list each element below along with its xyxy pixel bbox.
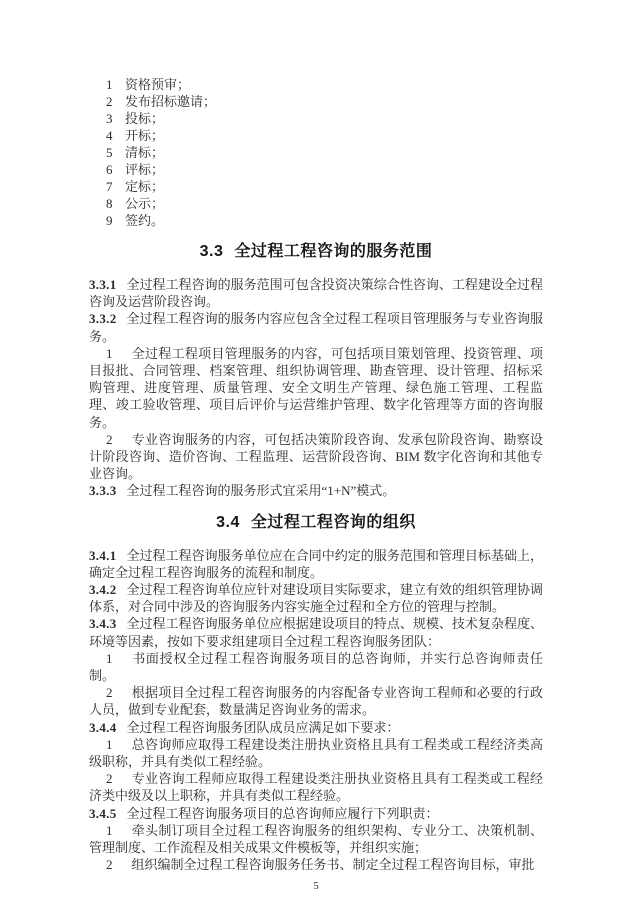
list-item-number: 2 — [106, 93, 114, 110]
list-item-label: 清标； — [125, 145, 164, 160]
sub-item-text: 牵头制订项目全过程工程咨询服务的组织架构、专业分工、决策机制、管理制度、工作流程… — [89, 823, 543, 855]
list-item-label: 定标； — [125, 179, 164, 194]
clause-text: 全过程工程咨询服务单位应根据建设项目的特点、规模、技术复杂程度、环境等因素，按如… — [89, 616, 543, 648]
list-item-number: 3 — [106, 110, 114, 127]
list-item-number: 5 — [106, 144, 114, 161]
section-title: 全过程工程咨询的服务范围 — [234, 243, 432, 260]
sub-item: 1牵头制订项目全过程工程咨询服务的组织架构、专业分工、决策机制、管理制度、工作流… — [89, 822, 543, 856]
list-item-label: 发布招标邀请； — [125, 94, 216, 109]
clause-3-4-4: 3.4.4全过程工程咨询服务团队成员应满足如下要求： — [89, 719, 543, 736]
list-item: 5清标； — [89, 144, 543, 161]
clause-number: 3.3.2 — [89, 311, 117, 326]
clause-text: 全过程工程咨询单位应针对建设项目实际要求，建立有效的组织管理协调体系，对合同中涉… — [89, 582, 543, 614]
list-item: 3投标； — [89, 110, 543, 127]
clause-number: 3.3.1 — [89, 277, 117, 292]
clause-number: 3.4.3 — [89, 616, 117, 631]
section-heading-3-3: 3.3全过程工程咨询的服务范围 — [89, 241, 543, 263]
list-item: 6评标； — [89, 161, 543, 178]
sub-item: 2组织编制全过程工程咨询服务任务书、制定全过程工程咨询目标，审批 — [89, 856, 543, 873]
section-number: 3.4 — [216, 514, 240, 531]
sub-item-text: 书面授权全过程工程咨询服务项目的总咨询师，并实行总咨询师责任制。 — [89, 651, 543, 683]
clause-number: 3.4.4 — [89, 720, 117, 735]
clause-3-3-3: 3.3.3全过程工程咨询的服务形式宜采用“1+N”模式。 — [89, 482, 543, 499]
sub-item: 1全过程工程项目管理服务的内容，可包括项目策划管理、投资管理、项目报批、合同管理… — [89, 345, 543, 431]
sub-item-number: 2 — [106, 432, 113, 447]
list-item: 7定标； — [89, 178, 543, 195]
sub-item-number: 1 — [106, 651, 113, 666]
clause-text: 全过程工程咨询服务团队成员应满足如下要求： — [127, 720, 400, 735]
list-item: 4开标； — [89, 127, 543, 144]
sub-item: 1总咨询师应取得工程建设类注册执业资格且具有工程类或工程经济类高级职称，并具有类… — [89, 736, 543, 770]
sub-item-text: 总咨询师应取得工程建设类注册执业资格且具有工程类或工程经济类高级职称，并具有类似… — [89, 737, 543, 769]
list-item-label: 开标； — [125, 128, 164, 143]
bid-procedure-list: 1资格预审； 2发布招标邀请； 3投标； 4开标； 5清标； 6评标； 7定标；… — [89, 76, 543, 229]
sub-item-text: 全过程工程项目管理服务的内容，可包括项目策划管理、投资管理、项目报批、合同管理、… — [89, 346, 543, 430]
clause-text: 全过程工程咨询的服务形式宜采用“1+N”模式。 — [127, 483, 396, 498]
list-item-label: 签约。 — [125, 213, 164, 228]
clause-text: 全过程工程咨询的服务内容应包含全过程工程项目管理服务与专业咨询服务。 — [89, 311, 543, 343]
list-item-number: 4 — [106, 127, 114, 144]
sub-item-text: 根据项目全过程工程咨询服务的内容配备专业咨询工程师和必要的行政人员，做到专业配套… — [89, 685, 543, 717]
list-item-number: 7 — [106, 178, 114, 195]
clause-3-3-2: 3.3.2全过程工程咨询的服务内容应包含全过程工程项目管理服务与专业咨询服务。 — [89, 310, 543, 344]
clause-3-4-5: 3.4.5全过程工程咨询服务项目的总咨询师应履行下列职责： — [89, 805, 543, 822]
list-item-number: 9 — [106, 212, 114, 229]
list-item: 8公示； — [89, 195, 543, 212]
clause-3-3-1: 3.3.1全过程工程咨询的服务范围可包含投资决策综合性咨询、工程建设全过程咨询及… — [89, 276, 543, 310]
list-item-label: 资格预审； — [125, 77, 190, 92]
page-number: 5 — [89, 879, 543, 893]
sub-item-number: 1 — [106, 823, 113, 838]
sub-item-text: 专业咨询服务的内容，可包括决策阶段咨询、发承包阶段咨询、勘察设计阶段咨询、造价咨… — [89, 432, 543, 481]
list-item: 9签约。 — [89, 212, 543, 229]
list-item-label: 公示； — [125, 196, 164, 211]
clause-number: 3.4.1 — [89, 548, 117, 563]
list-item-number: 6 — [106, 161, 114, 178]
clause-number: 3.4.2 — [89, 582, 117, 597]
sub-item-number: 2 — [106, 685, 113, 700]
section-heading-3-4: 3.4全过程工程咨询的组织 — [89, 512, 543, 534]
sub-item-number: 2 — [106, 771, 113, 786]
list-item: 1资格预审； — [89, 76, 543, 93]
sub-item-number: 1 — [106, 346, 113, 361]
clause-text: 全过程工程咨询服务项目的总咨询师应履行下列职责： — [127, 806, 439, 821]
section-number: 3.3 — [200, 243, 224, 260]
sub-item-number: 2 — [106, 857, 113, 872]
clause-text: 全过程工程咨询的服务范围可包含投资决策综合性咨询、工程建设全过程咨询及运营阶段咨… — [89, 277, 543, 309]
clause-number: 3.3.3 — [89, 483, 117, 498]
sub-item: 1书面授权全过程工程咨询服务项目的总咨询师，并实行总咨询师责任制。 — [89, 650, 543, 684]
clause-3-4-1: 3.4.1全过程工程咨询服务单位应在合同中约定的服务范围和管理目标基础上，确定全… — [89, 547, 543, 581]
list-item-number: 1 — [106, 76, 114, 93]
list-item-number: 8 — [106, 195, 114, 212]
clause-number: 3.4.5 — [89, 806, 117, 821]
sub-item: 2专业咨询工程师应取得工程建设类注册执业资格且具有工程类或工程经济类中级及以上职… — [89, 770, 543, 804]
page-content: 1资格预审； 2发布招标邀请； 3投标； 4开标； 5清标； 6评标； 7定标；… — [89, 76, 543, 893]
sub-item-number: 1 — [106, 737, 113, 752]
section-title: 全过程工程咨询的组织 — [251, 514, 416, 531]
list-item: 2发布招标邀请； — [89, 93, 543, 110]
clause-3-4-3: 3.4.3全过程工程咨询服务单位应根据建设项目的特点、规模、技术复杂程度、环境等… — [89, 615, 543, 649]
sub-item: 2专业咨询服务的内容，可包括决策阶段咨询、发承包阶段咨询、勘察设计阶段咨询、造价… — [89, 431, 543, 483]
clause-text: 全过程工程咨询服务单位应在合同中约定的服务范围和管理目标基础上，确定全过程工程咨… — [89, 548, 543, 580]
list-item-label: 投标； — [125, 111, 164, 126]
clause-3-4-2: 3.4.2全过程工程咨询单位应针对建设项目实际要求，建立有效的组织管理协调体系，… — [89, 581, 543, 615]
list-item-label: 评标； — [125, 162, 164, 177]
sub-item: 2根据项目全过程工程咨询服务的内容配备专业咨询工程师和必要的行政人员，做到专业配… — [89, 684, 543, 718]
sub-item-text: 组织编制全过程工程咨询服务任务书、制定全过程工程咨询目标，审批 — [132, 857, 535, 872]
sub-item-text: 专业咨询工程师应取得工程建设类注册执业资格且具有工程类或工程经济类中级及以上职称… — [89, 771, 543, 803]
document-page: 1资格预审； 2发布招标邀请； 3投标； 4开标； 5清标； 6评标； 7定标；… — [0, 0, 640, 905]
